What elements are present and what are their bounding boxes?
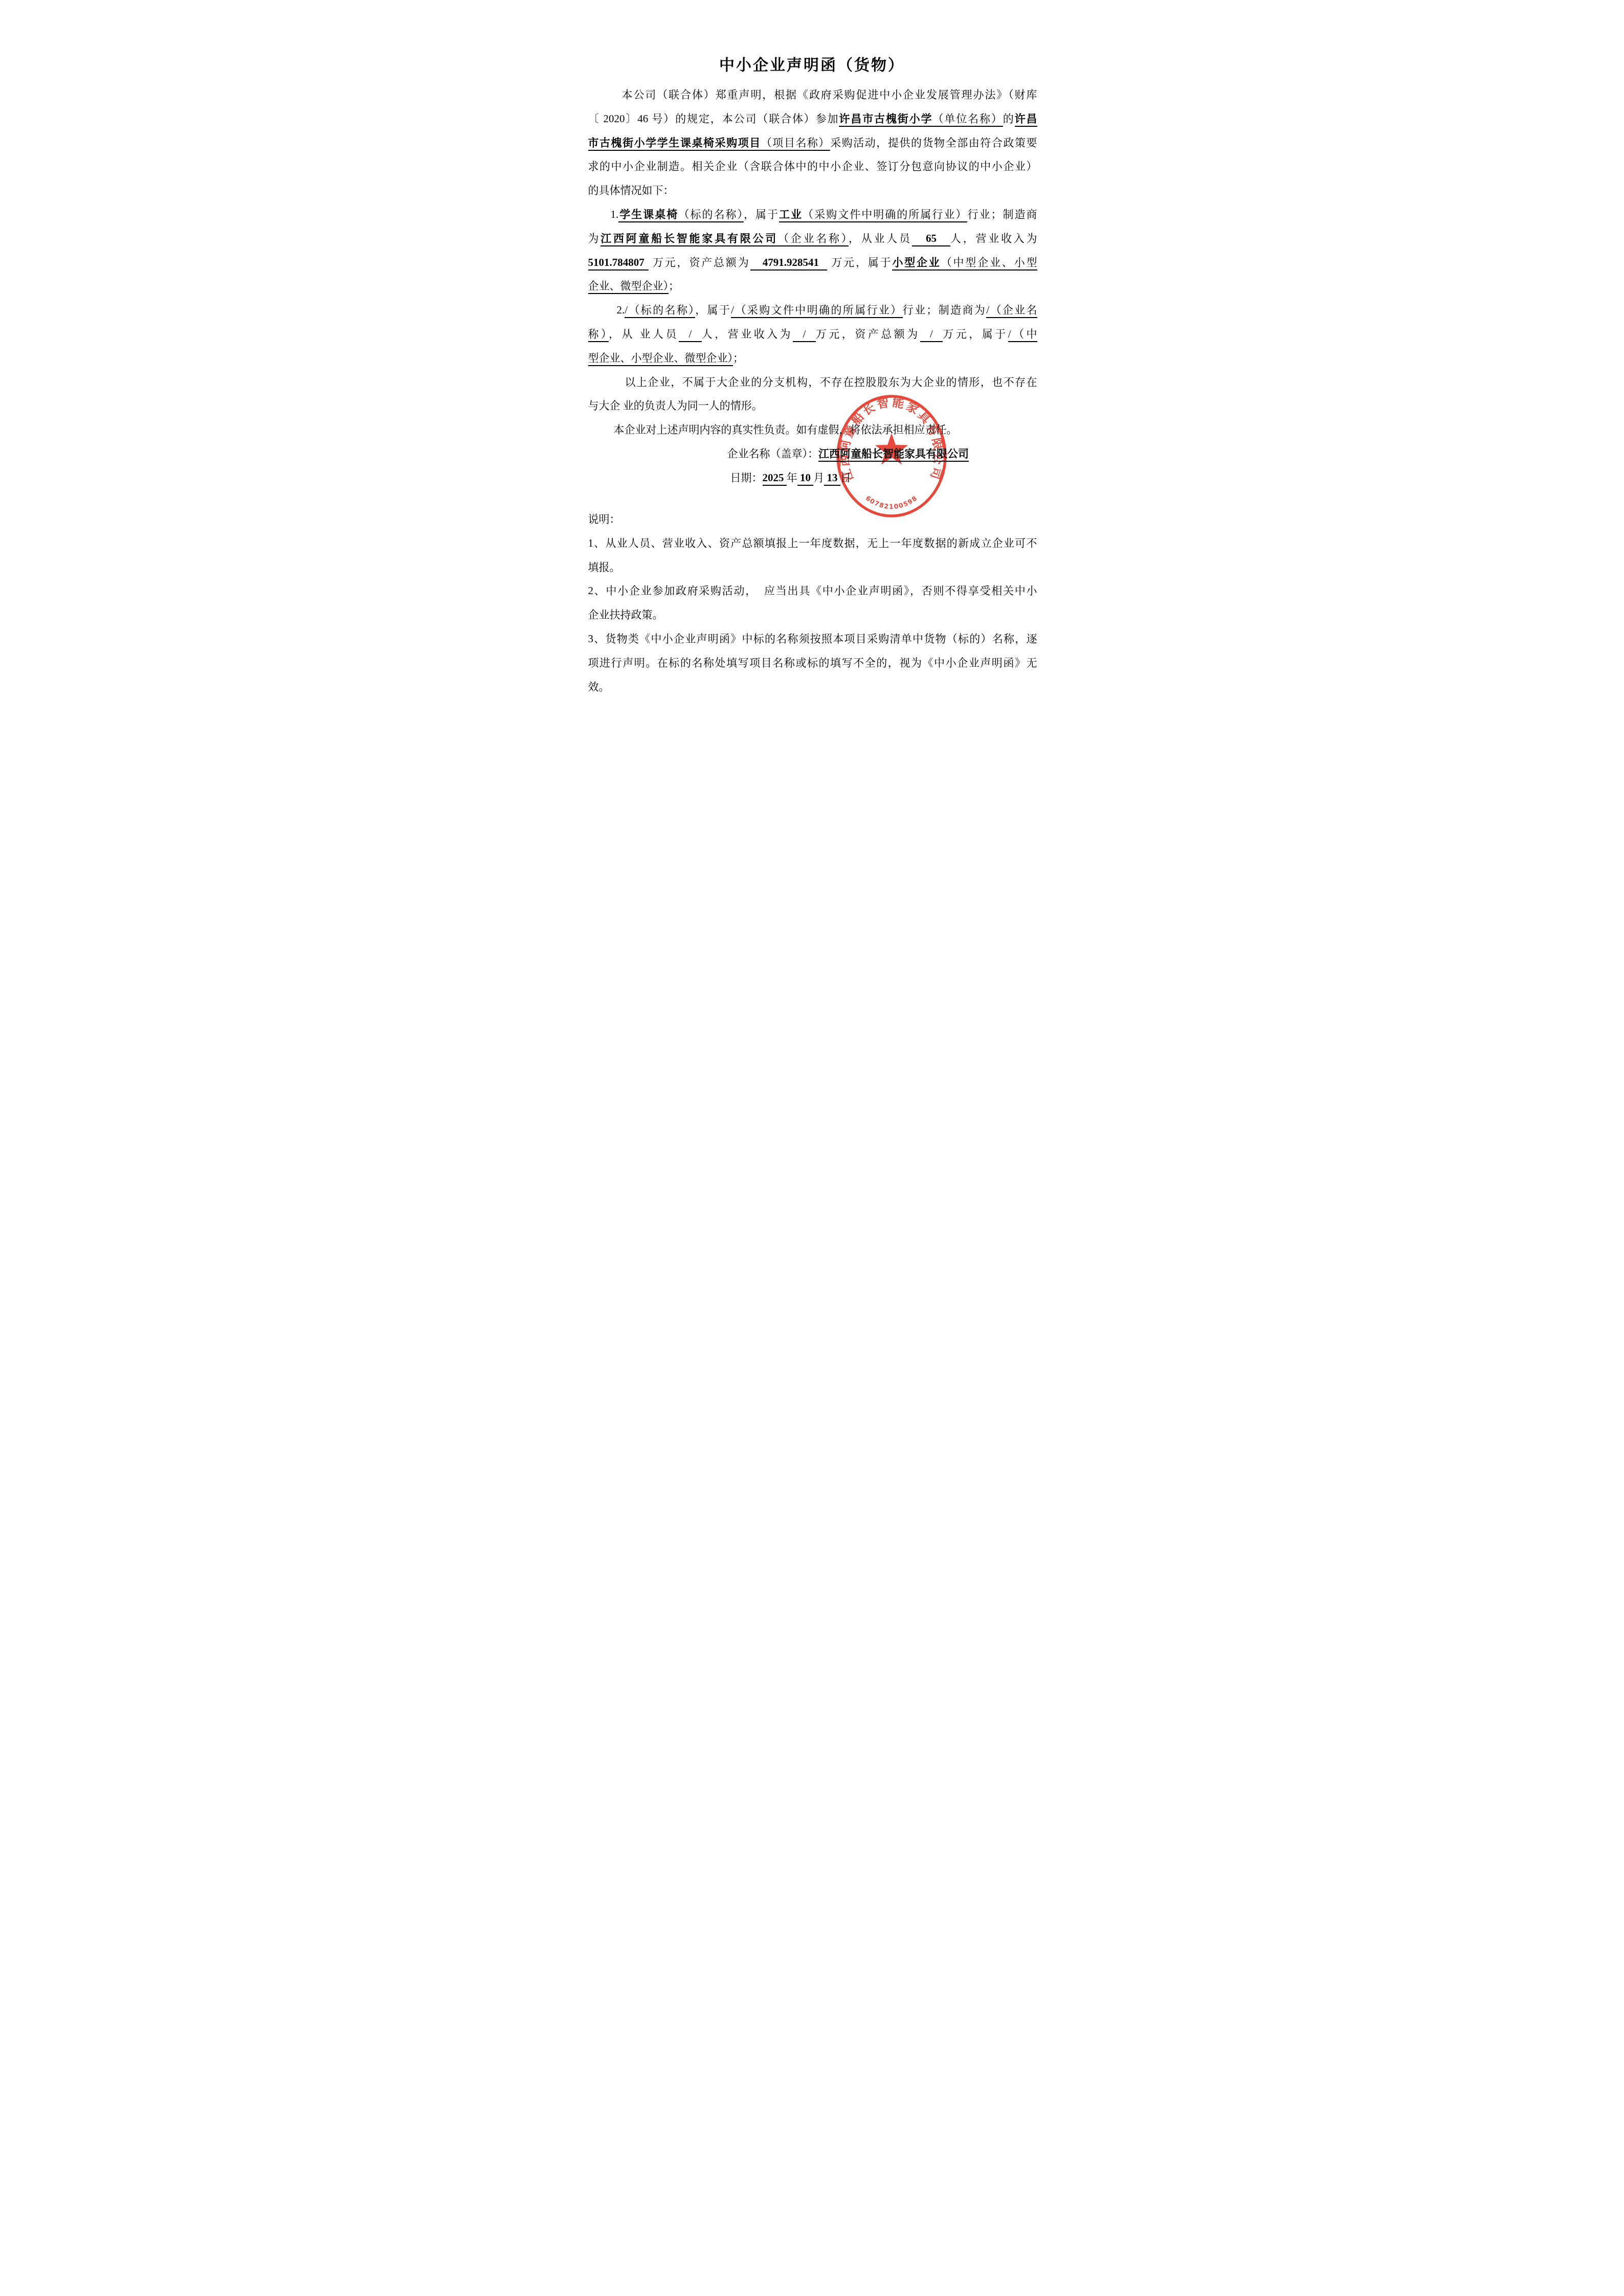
text-run: （中型企业、小型 [941, 256, 1037, 271]
text-run: 年 [787, 471, 797, 484]
text-run: 10 [797, 471, 814, 486]
text-line: 型企业、小型企业、微型企业）； [588, 346, 1037, 370]
text-line: 企业名称（盖章）：江西阿童船长智能家具有限公司 [588, 442, 1037, 466]
text-run: 项进行声明。在标的名称处填写项目名称或标的填写不全的，视为《中小企业声明函》无 [588, 657, 1037, 669]
text-run: 万元，属于 [827, 256, 892, 268]
text-line: 求的中小企业制造。相关企业（含联合体中的中小企业、签订分包意向协议的中小企业） [588, 154, 1037, 178]
text-run: 2、中小企业参加政府采购活动， 应当出具《中小企业声明函》，否则不得享受相关中小 [588, 584, 1037, 597]
text-run: 小型企业 [892, 256, 941, 271]
text-run: 人，营业收入为 [702, 328, 793, 340]
text-line: 为江西阿童船长智能家具有限公司（企业名称），从业人员 65 人，营业收入为 [588, 227, 1037, 251]
text-run: / [679, 328, 702, 342]
notes-section: 说明：1、从业人员、营业收入、资产总额填报上一年度数据，无上一年度数据的新成立企… [588, 507, 1037, 699]
text-run: ，属于 [695, 304, 731, 316]
text-line: 企业、微型企业）； [588, 274, 1037, 298]
text-line: 〔 2020〕46 号）的规定，本公司（联合体）参加许昌市古槐街小学（单位名称）… [588, 107, 1037, 131]
text-line: 日期：2025 年 10 月 13 日 [588, 466, 1037, 490]
text-run: 许昌 [1015, 112, 1037, 127]
text-run: 2025 [763, 471, 787, 486]
text-run: 1. [611, 208, 619, 220]
text-run: 填报。 [588, 561, 620, 573]
text-run: 万元，资产总额为 [649, 256, 750, 268]
page-title: 中小企业声明函（货物） [531, 52, 1094, 75]
text-run: 日 [840, 471, 851, 484]
text-run: 本企业对上述声明内容的真实性负责。如有虚假，将依法承担相应责任。 [614, 423, 958, 436]
text-line: 称），从 业人员 / 人，营业收入为 / 万元，资产总额为 / 万元，属于/（中 [588, 322, 1037, 346]
text-run: 的具体情况如下： [588, 184, 674, 196]
text-run: 企业名称（盖章）： [727, 447, 819, 460]
text-line: 的具体情况如下： [588, 178, 1037, 202]
text-line: 说明： [588, 507, 1037, 531]
document-page: 中小企业声明函（货物） 本公司（联合体）郑重声明，根据《政府采购促进中小企业发展… [531, 0, 1094, 796]
text-run: 与大企 业的负责人为同一人的情形。 [588, 399, 763, 412]
text-run: 人，营业收入为 [950, 232, 1037, 244]
text-run: 2. [617, 304, 625, 316]
text-run: / [793, 328, 816, 342]
text-run: ； [733, 352, 744, 364]
text-run: 市古槐街小学学生课桌椅采购项目 [588, 137, 761, 151]
text-run: 工业 [779, 208, 803, 222]
text-run: 行业；制造商为 [903, 304, 987, 316]
text-run: 本公司（联合体）郑重声明，根据《政府采购促进中小企业发展管理办法》（财库 [622, 88, 1037, 101]
document-body: 本公司（联合体）郑重声明，根据《政府采购促进中小企业发展管理办法》（财库〔 20… [588, 83, 1037, 490]
text-run: 〔 2020〕46 号）的规定，本公司（联合体）参加 [588, 112, 839, 125]
text-run: 企业、微型企业） [588, 280, 669, 294]
text-line: 企业扶持政策。 [588, 603, 1037, 627]
text-run: ，从业人员 [849, 232, 912, 244]
text-run: / [920, 328, 943, 342]
text-run: 称） [588, 328, 609, 342]
text-run: 学生课桌椅 [618, 208, 678, 222]
text-run: （单位名称） [932, 112, 1003, 127]
text-run: 江西阿童船长智能家具有限公司 [818, 447, 969, 462]
text-run: 许昌市古槐街小学 [839, 112, 932, 127]
text-run: 采购活动，提供的货物全部由符合政策要 [830, 137, 1037, 149]
text-line: 项进行声明。在标的名称处填写项目名称或标的填写不全的，视为《中小企业声明函》无 [588, 651, 1037, 675]
text-line: 以上企业，不属于大企业的分支机构，不存在控股股东为大企业的情形，也不存在 [588, 370, 1037, 394]
text-run: 4791.928541 [750, 256, 828, 271]
text-run: /（中 [1008, 328, 1037, 342]
text-run: 效。 [588, 681, 610, 693]
text-run: 3、货物类《中小企业声明函》中标的名称须按照本项目采购清单中货物（标的）名称，逐 [588, 633, 1037, 645]
text-line: 2、中小企业参加政府采购活动， 应当出具《中小企业声明函》，否则不得享受相关中小 [588, 579, 1037, 603]
text-run: /（企业名 [986, 304, 1037, 318]
text-run: 1、从业人员、营业收入、资产总额填报上一年度数据，无上一年度数据的新成立企业可不 [588, 537, 1037, 549]
text-run: ； [669, 280, 679, 292]
text-line: 市古槐街小学学生课桌椅采购项目（项目名称）采购活动，提供的货物全部由符合政策要 [588, 131, 1037, 155]
text-line: 与大企 业的负责人为同一人的情形。 [588, 394, 1037, 418]
text-line: 1、从业人员、营业收入、资产总额填报上一年度数据，无上一年度数据的新成立企业可不 [588, 531, 1037, 555]
text-run: （项目名称） [761, 137, 830, 151]
text-line: 本企业对上述声明内容的真实性负责。如有虚假，将依法承担相应责任。 [588, 418, 1037, 442]
text-run: 65 [912, 232, 950, 246]
text-run: /（采购文件中明确的所属行业） [731, 304, 902, 318]
text-run: 万元，资产总额为 [816, 328, 920, 340]
text-run: ，从 业人员 [609, 328, 679, 340]
text-line: 本公司（联合体）郑重声明，根据《政府采购促进中小企业发展管理办法》（财库 [588, 83, 1037, 107]
text-run: （采购文件中明确的所属行业） [803, 208, 967, 222]
text-line: 2./（标的名称），属于/（采购文件中明确的所属行业）行业；制造商为/（企业名 [588, 298, 1037, 322]
text-line: 3、货物类《中小企业声明函》中标的名称须按照本项目采购清单中货物（标的）名称，逐 [588, 627, 1037, 651]
text-run: /（标的名称） [625, 304, 695, 318]
text-run: （标的名称） [678, 208, 744, 222]
text-run: 说明： [588, 513, 620, 525]
text-run: ，属于 [744, 208, 779, 220]
text-run: （企业名称） [778, 232, 849, 246]
text-run: 江西阿童船长智能家具有限公司 [600, 232, 778, 246]
text-run: 企业扶持政策。 [588, 609, 663, 621]
text-run: 日期： [730, 471, 763, 484]
text-run: 月 [813, 471, 824, 484]
text-run: 为 [588, 232, 601, 244]
text-line: 5101.784807 万元，资产总额为 4791.928541 万元，属于小型… [588, 251, 1037, 275]
text-run: 的 [1003, 112, 1015, 125]
text-line: 1.学生课桌椅（标的名称），属于工业（采购文件中明确的所属行业）行业；制造商 [588, 202, 1037, 227]
text-run: 5101.784807 [588, 256, 649, 271]
text-run: 求的中小企业制造。相关企业（含联合体中的中小企业、签订分包意向协议的中小企业） [588, 160, 1037, 172]
text-line: 效。 [588, 675, 1037, 699]
text-run: 以上企业，不属于大企业的分支机构，不存在控股股东为大企业的情形，也不存在 [625, 376, 1037, 388]
text-run: 型企业、小型企业、微型企业） [588, 352, 733, 366]
text-line: 填报。 [588, 555, 1037, 579]
text-run: 13 [824, 471, 840, 486]
text-run: 行业；制造商 [967, 208, 1037, 220]
text-run: 万元，属于 [943, 328, 1008, 340]
